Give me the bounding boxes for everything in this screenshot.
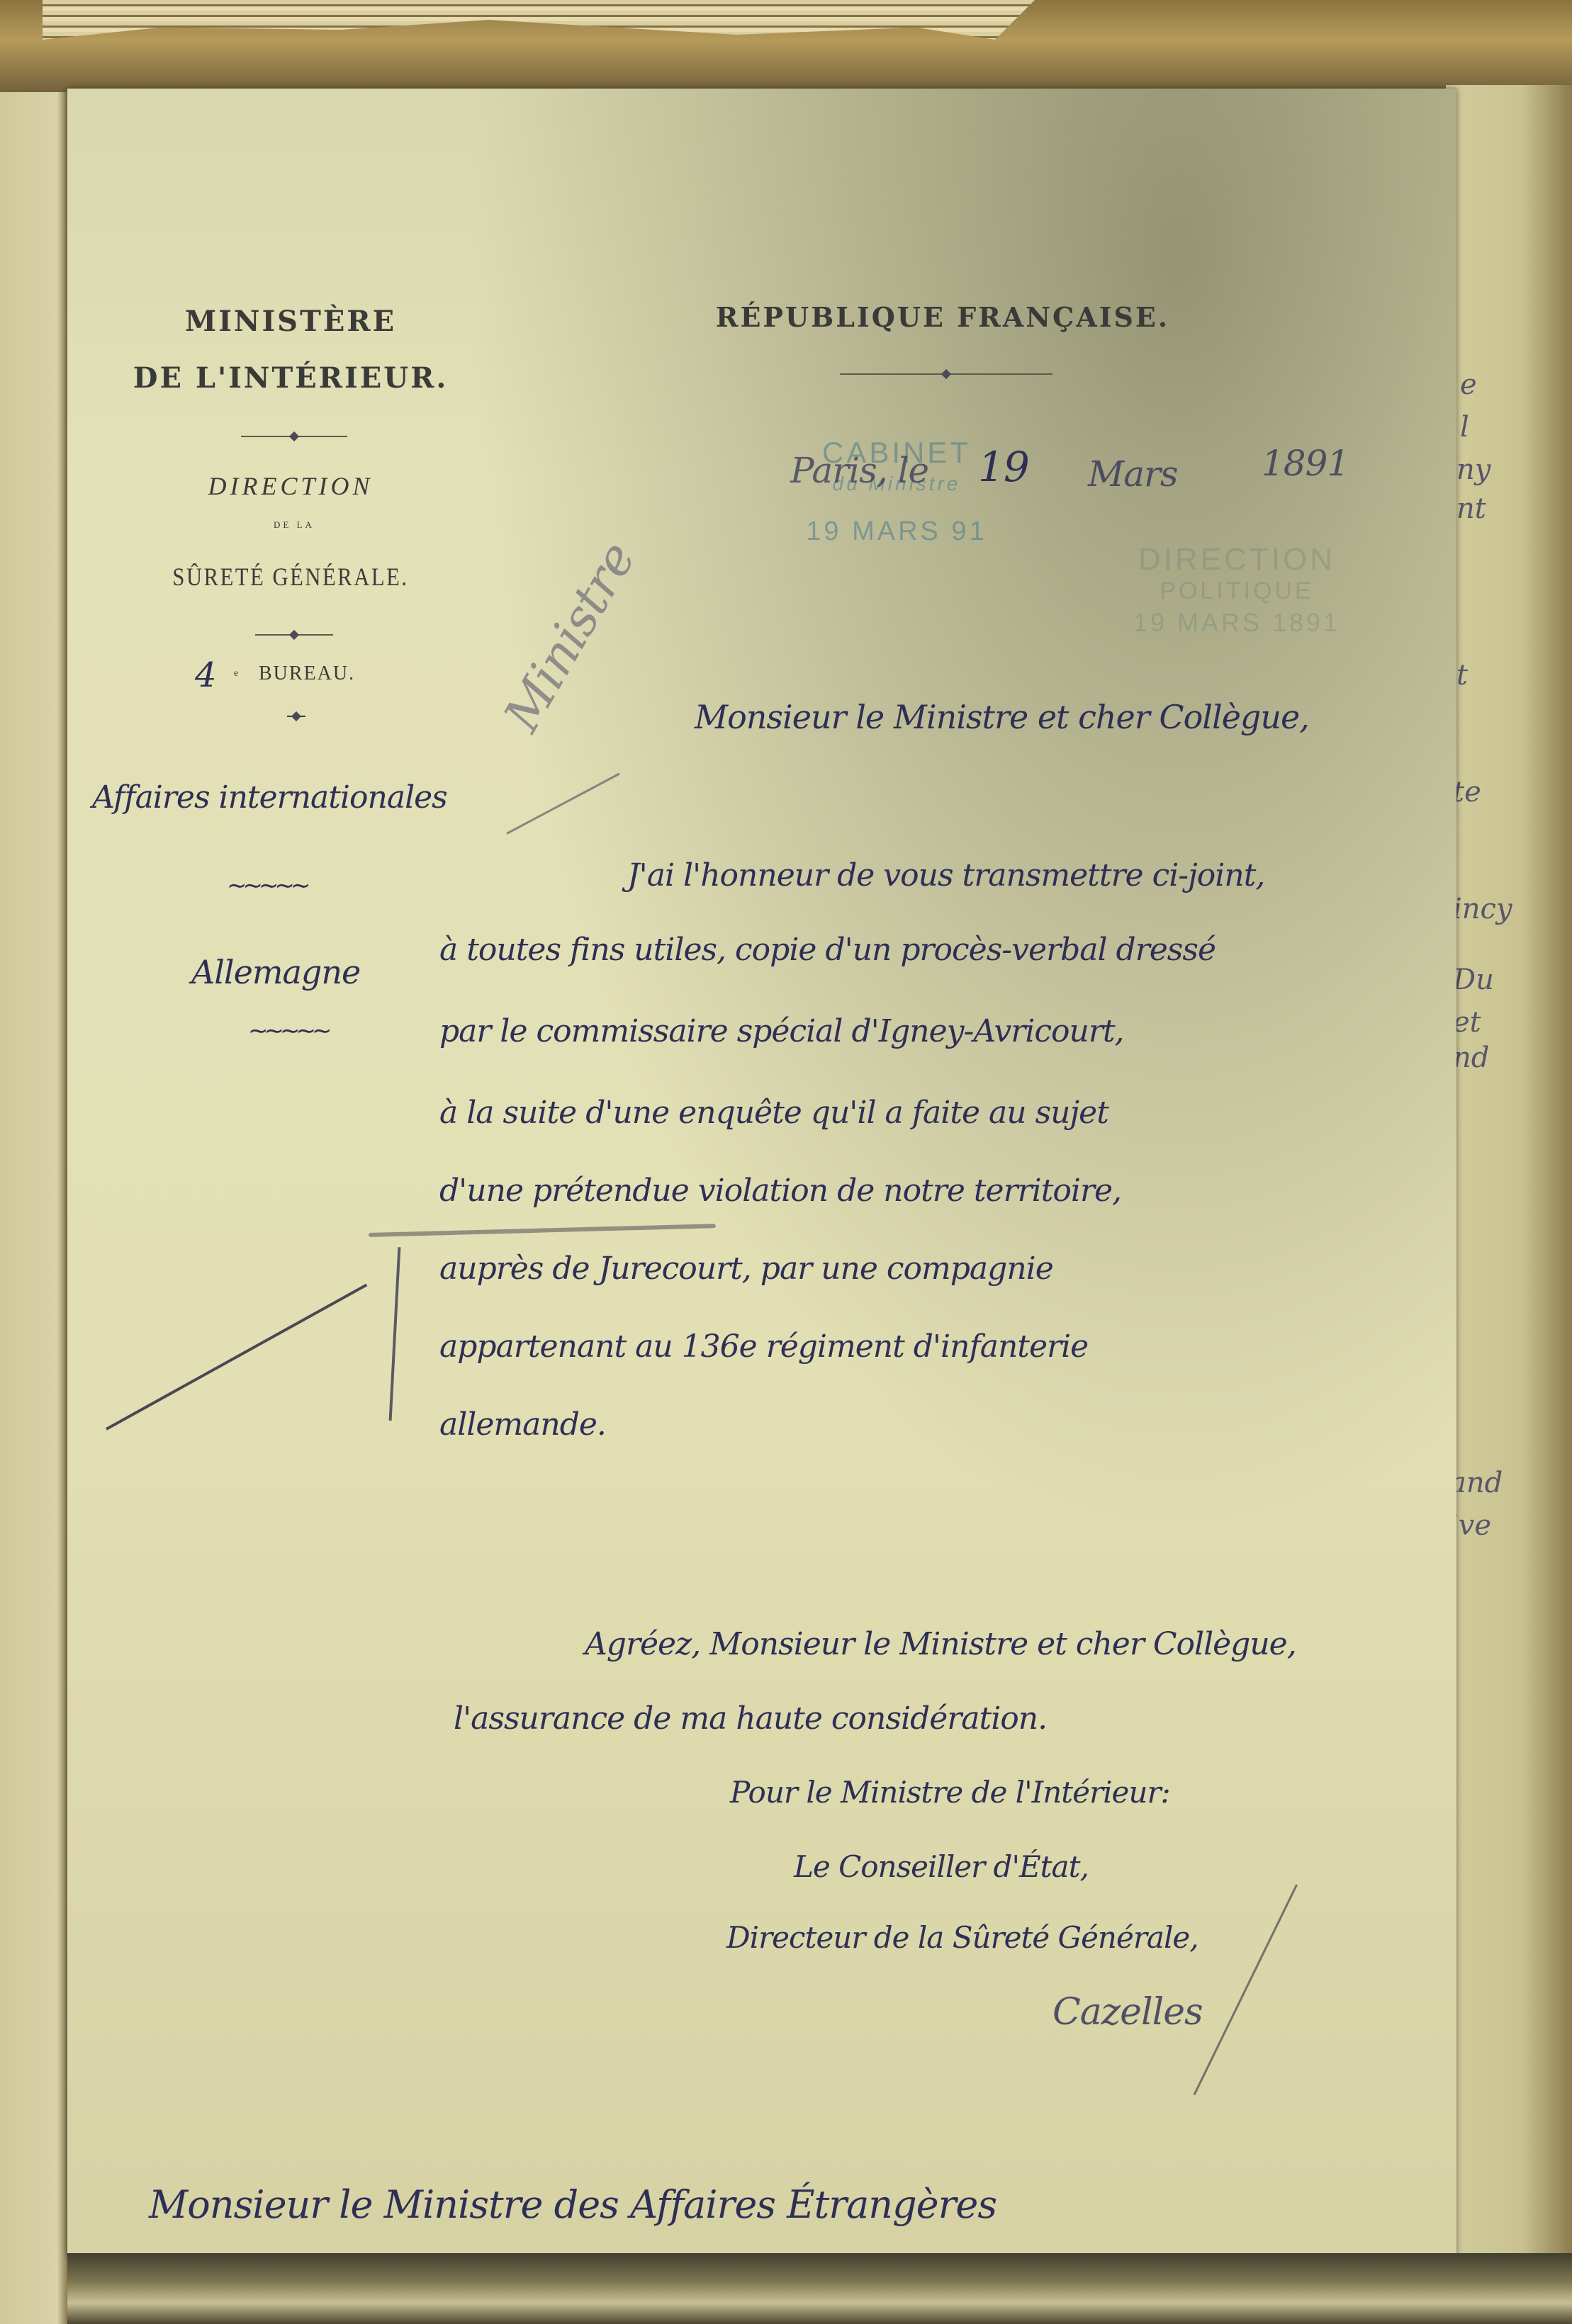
bottom-shadow (67, 2253, 1572, 2324)
dateline-place: Paris, le (790, 450, 928, 491)
salutation: Monsieur le Ministre et cher Collègue, (695, 698, 1309, 736)
dateline-month: Mars (1088, 453, 1178, 495)
pencil-annotation: Ministre (493, 533, 646, 741)
letter-page: MINISTÈRE DE L'INTÉRIEUR. DIRECTION DE L… (67, 89, 1456, 2257)
fragment: et (1453, 1006, 1481, 1039)
ornament-divider (241, 436, 347, 437)
signature-line-1: Pour le Ministre de l'Intérieur: (730, 1775, 1170, 1810)
pencil-stroke (506, 773, 619, 835)
fragment: te (1453, 776, 1481, 808)
wavy-rule: ∼∼∼∼∼ (227, 881, 306, 891)
subject-note: Affaires internationales (92, 779, 447, 816)
body-line-1: J'ai l'honneur de vous transmettre ci-jo… (627, 857, 1264, 893)
dateline-day: 19 (978, 443, 1029, 491)
wavy-rule-2: ∼∼∼∼∼ (248, 1026, 327, 1036)
ornament-divider-small (255, 634, 333, 636)
ministry-line1: MINISTÈRE (138, 305, 443, 338)
stamp-dp-date: 19 MARS 1891 (1088, 608, 1386, 638)
stamp-cabinet-date: 19 MARS 91 (769, 517, 1024, 547)
closing-line-1: Agréez, Monsieur le Ministre et cher Col… (585, 1626, 1296, 1662)
republic-header: RÉPUBLIQUE FRANÇAISE. (673, 301, 1212, 333)
signature-line-3: Directeur de la Sûreté Générale, (726, 1920, 1198, 1955)
fragment: and (1449, 1467, 1503, 1499)
adjacent-page-left (0, 92, 67, 2324)
signature: Cazelles (1052, 1991, 1203, 2033)
fragment: nt (1456, 492, 1486, 525)
signature-line-2: Le Conseiller d'État, (794, 1849, 1089, 1884)
fragment: incy (1453, 893, 1512, 925)
de-la-label: DE LA (245, 519, 344, 531)
direction-label: DIRECTION (174, 471, 408, 501)
fragment: t (1456, 659, 1468, 692)
direction-politique-stamp: DIRECTION POLITIQUE 19 MARS 1891 (1088, 542, 1386, 638)
addressee: Monsieur le Ministre des Affaires Étrang… (149, 2182, 996, 2227)
stamp-dp-line2: POLITIQUE (1088, 577, 1386, 605)
body-line-7: appartenant au 136e régiment d'infanteri… (439, 1329, 1088, 1365)
bureau-dash (287, 716, 305, 717)
country-note: Allemagne (191, 953, 360, 991)
margin-diagonal-line (106, 1284, 367, 1431)
body-line-4: à la suite d'une enquête qu'il a faite a… (439, 1095, 1108, 1131)
fragment: l (1460, 411, 1469, 444)
bureau-suffix: e (234, 668, 240, 679)
fragment: ny (1456, 453, 1490, 486)
bureau-line: 4 e BUREAU. (181, 655, 415, 698)
body-line-2: à toutes fins utiles, copie d'un procès-… (439, 932, 1216, 968)
ministry-line2: DE L'INTÉRIEUR. (128, 361, 454, 395)
margin-cross-vertical (389, 1247, 401, 1421)
surete-generale-label: SÛRETÉ GÉNÉRALE. (170, 562, 411, 592)
signature-flourish (1194, 1884, 1298, 2095)
closing-line-2: l'assurance de ma haute considération. (454, 1700, 1047, 1737)
pencil-underline (369, 1224, 716, 1237)
fragment: e (1460, 368, 1477, 401)
bureau-number: 4 (195, 655, 216, 695)
stamp-dp-line1: DIRECTION (1088, 542, 1386, 577)
body-line-6: auprès de Jurecourt, par une compagnie (439, 1251, 1053, 1287)
dateline-year: 1891 (1262, 443, 1349, 484)
body-line-8: allemande. (439, 1406, 606, 1443)
bureau-label: BUREAU. (259, 662, 355, 685)
fragment: Du (1453, 964, 1494, 996)
body-line-5: d'une prétendue violation de notre terri… (439, 1173, 1121, 1209)
fragment: nd (1453, 1042, 1489, 1074)
underlying-page-right: e l ny nt t te incy Du et nd and ive (1446, 85, 1572, 2281)
republic-ornament (840, 373, 1052, 375)
body-line-3: par le commissaire spécial d'Igney-Avric… (439, 1013, 1124, 1049)
